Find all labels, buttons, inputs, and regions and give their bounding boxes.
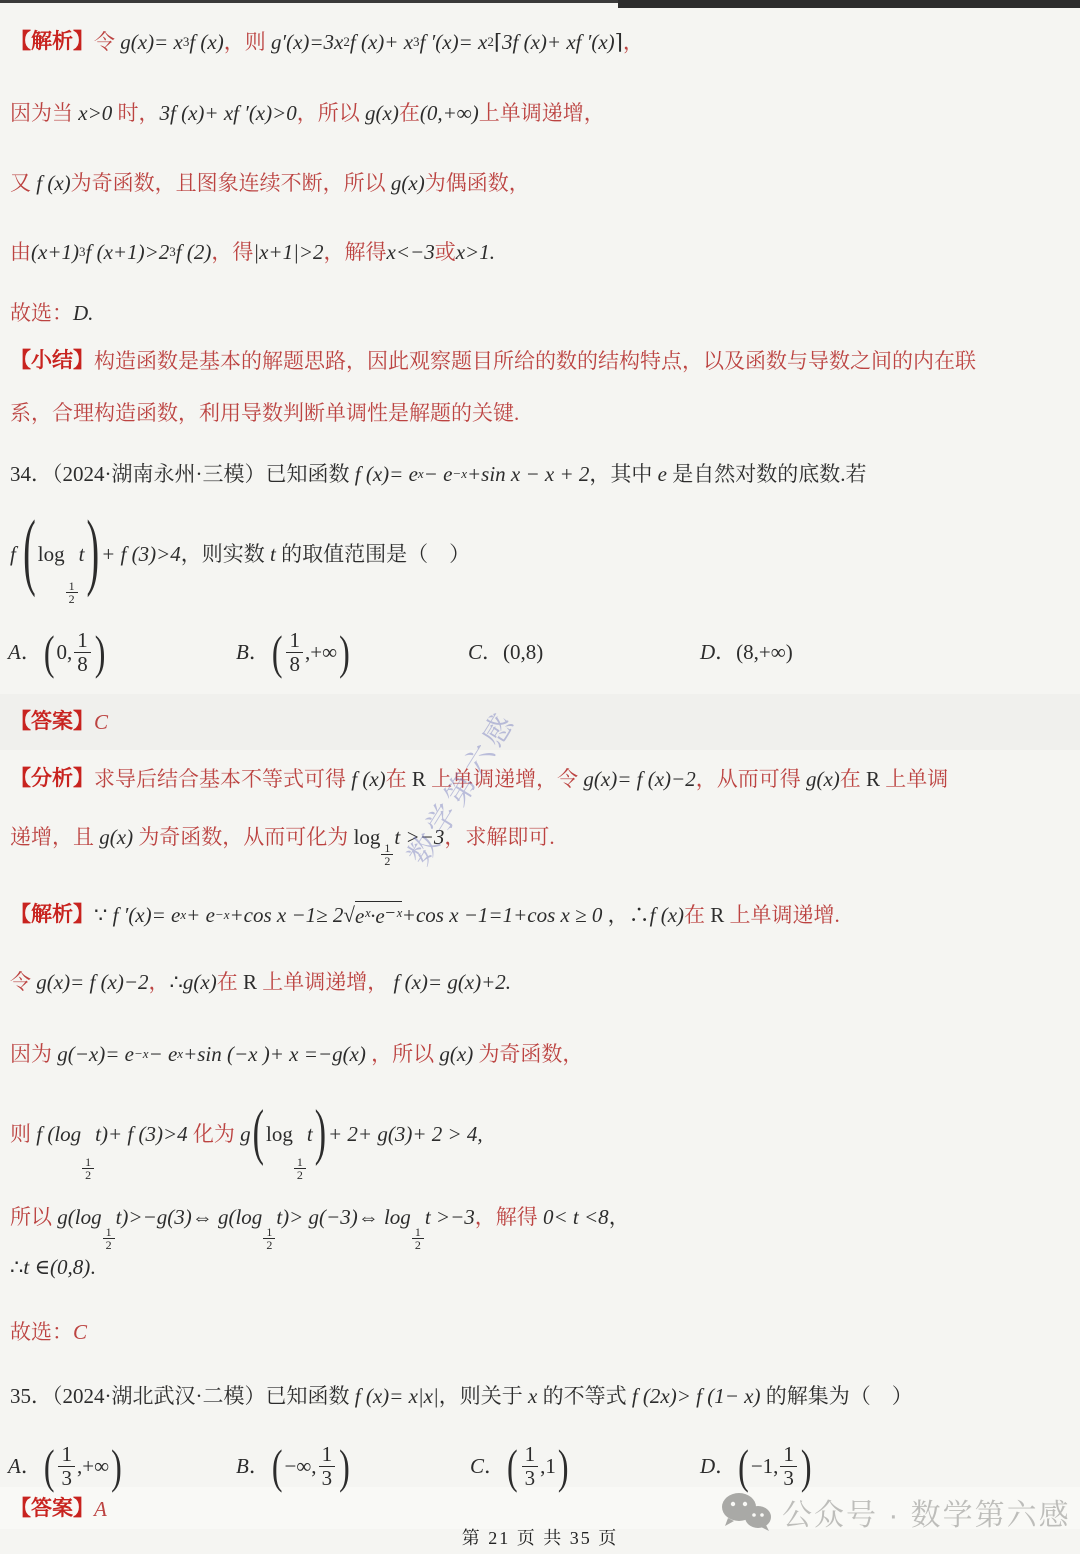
solution-33-line-4: 由(x+1)3f (x+1)>23f (2)，得|x+1|>2，解得x<−3或x…	[10, 226, 495, 278]
option-35-b: B．(−∞,13)	[236, 1420, 352, 1512]
page-top-border-right	[618, 0, 1080, 8]
big-parenthesis: )	[801, 1436, 812, 1496]
option-34-c: C．(0,8)	[468, 606, 543, 698]
fraction: 12	[66, 580, 78, 606]
big-parenthesis: )	[339, 622, 350, 682]
fraction: 12	[294, 1156, 306, 1182]
solution-33-line-3: 又 f (x)为奇函数，且图象连续不断，所以 g(x)为偶函数，	[10, 160, 530, 206]
analysis-34-line-2: 递增，且 g(x) 为奇函数，从而可化为 log12t >−3，求解即可.	[10, 806, 555, 868]
solution-34-line-6: ∴t ∈(0,8).	[10, 1246, 96, 1288]
fraction: 13	[522, 1443, 539, 1488]
fraction: 18	[74, 629, 91, 674]
big-parenthesis: )	[86, 501, 99, 608]
big-parenthesis: (	[23, 501, 36, 608]
summary-line-2: 系，合理构造函数，利用导数判断单调性是解题的关键.	[10, 394, 519, 432]
big-parenthesis: (	[507, 1436, 518, 1496]
big-parenthesis: (	[272, 1436, 283, 1496]
option-34-a: A．(0,18)	[8, 606, 107, 698]
big-parenthesis: )	[339, 1436, 350, 1496]
option-34-d: D．(8,+∞)	[700, 606, 793, 698]
fraction: 18	[286, 629, 303, 674]
big-parenthesis: (	[738, 1436, 749, 1496]
fraction: 12	[412, 1226, 424, 1252]
solution-34-line-3: 因为 g(−x)= e−x− ex+sin (−x )+ x =−g(x) ，所…	[10, 1028, 583, 1080]
option-34-b: B．(18,+∞)	[236, 606, 352, 698]
answer-35-line: 【答案】A	[10, 1490, 107, 1528]
solution-33-line-1: 【解析】令 g(x)= x3f (x)，则 g′(x)=3x2f (x)+ x3…	[10, 16, 644, 68]
big-parenthesis: )	[95, 622, 106, 682]
fraction: 13	[780, 1443, 797, 1488]
fraction: 12	[103, 1226, 115, 1252]
big-parenthesis: )	[558, 1436, 569, 1496]
answer-34-choice-line: 故选：C	[10, 1312, 87, 1352]
big-parenthesis: (	[44, 622, 55, 682]
solution-34-line-4: 则 f (log12t)+ f (3)>4 化为 g(log12t)+ 2+ g…	[10, 1086, 483, 1182]
fraction: 12	[263, 1226, 275, 1252]
big-parenthesis: (	[253, 1095, 264, 1174]
big-parenthesis: )	[315, 1095, 326, 1174]
solution-33-line-2: 因为当 x>0 时，3f (x)+ xf ′(x)>0，所以 g(x)在(0,+…	[10, 90, 605, 136]
solution-34-line-2: 令 g(x)= f (x)−2，∴g(x)在 R 上单调递增， f (x)= g…	[10, 958, 511, 1006]
question-35-line-1: 35．（2024·湖北武汉·二模）已知函数 f (x)= x|x|，则关于 x …	[10, 1370, 913, 1422]
option-35-c: C．(13,1)	[470, 1420, 571, 1512]
big-parenthesis: )	[111, 1436, 122, 1496]
answer-34-band	[0, 694, 1080, 750]
big-parenthesis: (	[272, 622, 283, 682]
answer-33-line: 故选：D.	[10, 294, 93, 332]
solution-34-line-1: 【解析】∵ f ′(x)= ex+ e−x+cos x −1≥ 2√eˣ·e⁻ˣ…	[10, 884, 840, 946]
fraction: 13	[319, 1443, 336, 1488]
question-34-line-1: 34．（2024·湖南永州·三模）已知函数 f (x)= ex− e−x+sin…	[10, 448, 866, 500]
fraction: 12	[381, 842, 393, 868]
fraction: 12	[82, 1156, 94, 1182]
answer-34-line: 【答案】C	[10, 700, 108, 744]
big-parenthesis: (	[44, 1436, 55, 1496]
question-34-line-2: f (log12t)+ f (3)>4，则实数 t 的取值范围是（ ）	[10, 502, 470, 606]
solution-34-line-5: 所以 g(log12t)>−g(3)⇔ g(log12t)> g(−3)⇔ lo…	[10, 1182, 630, 1252]
page-indicator: 第 21 页 共 35 页	[0, 1524, 1080, 1550]
fraction: 13	[58, 1443, 75, 1488]
summary-line-1: 【小结】构造函数是基本的解题思路，因此观察题目所给的数的结构特点，以及函数与导数…	[10, 340, 976, 382]
